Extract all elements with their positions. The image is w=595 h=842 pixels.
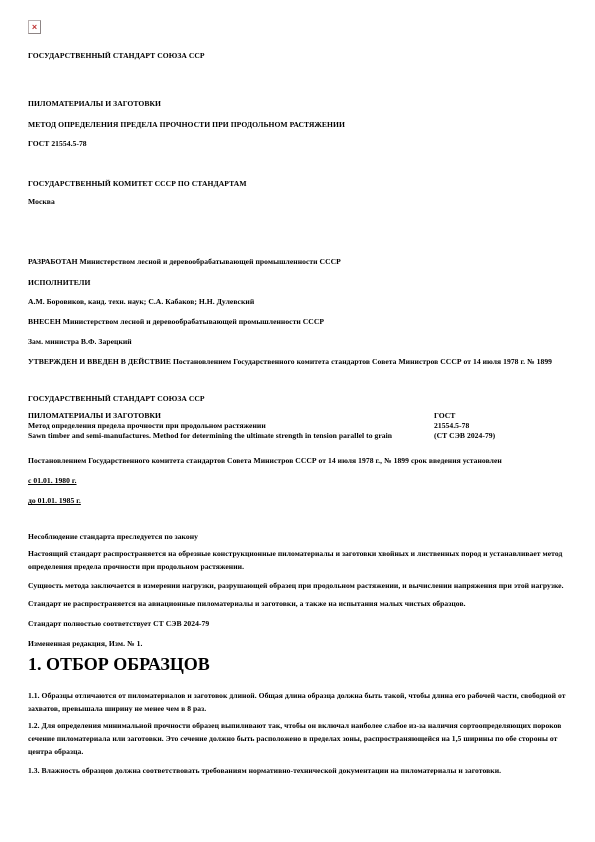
executors-names: А.М. Боровиков, канд. техн. наук; С.А. К… (28, 295, 568, 308)
approved-line: УТВЕРЖДЕН И ВВЕДЕН В ДЕЙСТВИЕ Постановле… (28, 355, 568, 368)
deputy-minister-line: Зам. министра В.Ф. Зарецкий (28, 335, 568, 348)
document-subject: ПИЛОМАТЕРИАЛЫ И ЗАГОТОВКИ (28, 97, 568, 110)
gost-label: ГОСТ (434, 411, 495, 421)
executors-label: ИСПОЛНИТЕЛИ (28, 276, 568, 289)
title-subject-ru: ПИЛОМАТЕРИАЛЫ И ЗАГОТОВКИ (28, 411, 420, 421)
section1-item-3: 1.3. Влажность образцов должна соответст… (28, 764, 568, 777)
amendment-paragraph: Измененная редакция, Изм. № 1. (28, 637, 568, 650)
sev-reference: (СТ СЭВ 2024-79) (434, 431, 495, 441)
gost-banner-top: ГОСУДАРСТВЕННЫЙ СТАНДАРТ СОЮЗА ССР (28, 49, 568, 62)
method-title: МЕТОД ОПРЕДЕЛЕНИЯ ПРЕДЕЛА ПРОЧНОСТИ ПРИ … (28, 118, 568, 131)
committee-line: ГОСУДАРСТВЕННЫЙ КОМИТЕТ СССР ПО СТАНДАРТ… (28, 177, 568, 190)
date-from: с 01.01. 1980 г. (28, 474, 568, 487)
broken-image-icon: × (28, 20, 41, 34)
law-notice: Несоблюдение стандарта преследуется по з… (28, 530, 568, 543)
gost-banner-mid: ГОСУДАРСТВЕННЫЙ СТАНДАРТ СОЮЗА ССР (28, 392, 568, 405)
title-en: Sawn timber and semi-manufactures. Metho… (28, 431, 420, 441)
section1-heading: 1. ОТБОР ОБРАЗЦОВ (28, 654, 568, 675)
document-body: { "page": { "broken_image_glyph": "×", "… (0, 0, 595, 842)
section1-item-2: 1.2. Для определения минимальной прочнос… (28, 719, 568, 758)
gost-document-page: × ГОСУДАРСТВЕННЫЙ СТАНДАРТ СОЮЗА ССР ПИЛ… (0, 20, 595, 777)
scope-paragraph: Настоящий стандарт распространяется на о… (28, 547, 568, 573)
essence-paragraph: Сущность метода заключается в измерении … (28, 579, 568, 592)
broken-image-x-glyph: × (32, 23, 37, 32)
developed-by-line: РАЗРАБОТАН Министерством лесной и дерево… (28, 255, 568, 268)
standard-title-block: ПИЛОМАТЕРИАЛЫ И ЗАГОТОВКИ Метод определе… (28, 411, 568, 441)
city-line: Москва (28, 195, 568, 208)
submitted-by-line: ВНЕСЕН Министерством лесной и деревообра… (28, 315, 568, 328)
title-block-left: ПИЛОМАТЕРИАЛЫ И ЗАГОТОВКИ Метод определе… (28, 411, 420, 441)
gost-number: 21554.5-78 (434, 421, 495, 431)
title-block-right: ГОСТ 21554.5-78 (СТ СЭВ 2024-79) (434, 411, 495, 441)
exclusions-paragraph: Стандарт не распространяется на авиацион… (28, 597, 568, 610)
conformity-paragraph: Стандарт полностью соответствует СТ СЭВ … (28, 617, 568, 630)
standard-number: ГОСТ 21554.5-78 (28, 137, 568, 150)
date-to: до 01.01. 1985 г. (28, 494, 568, 507)
section1-item-1: 1.1. Образцы отличаются от пиломатериало… (28, 689, 568, 715)
title-method-ru: Метод определения предела прочности при … (28, 421, 420, 431)
decree-line: Постановлением Государственного комитета… (28, 454, 568, 467)
